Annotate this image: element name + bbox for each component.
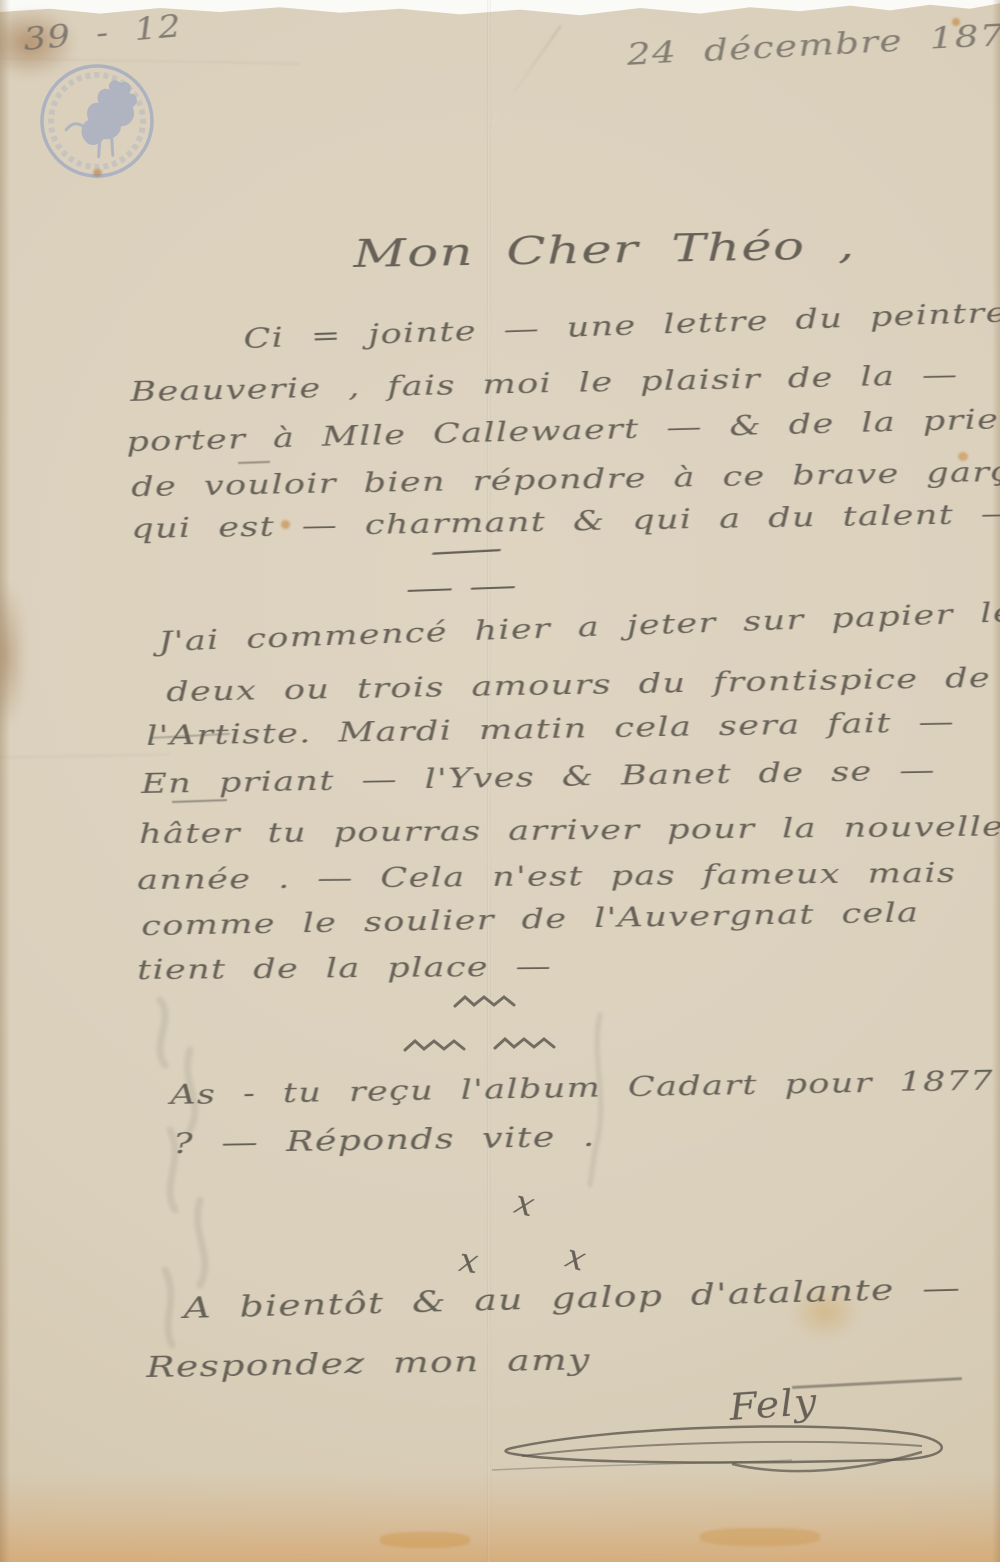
body-line: Ci = jointe — une lettre du peintre bbox=[243, 297, 1000, 355]
cross-mark: x bbox=[510, 1182, 538, 1225]
left-paper-edge bbox=[0, 0, 10, 1562]
body-line: année . — Cela n'est pas fameux mais bbox=[137, 858, 956, 896]
pen-underline bbox=[172, 799, 227, 803]
body-line: En priant — l'Yves & Banet de se — bbox=[141, 755, 936, 800]
squiggle-separator bbox=[492, 1034, 562, 1054]
signature-flourish bbox=[492, 1408, 970, 1496]
body-line: comme le soulier de l'Auvergnat cela bbox=[141, 897, 920, 942]
squiggle-separator bbox=[402, 1036, 472, 1056]
body-line: J'ai commencé hier a jeter sur papier le… bbox=[158, 596, 1000, 658]
cross-mark: x bbox=[456, 1240, 481, 1282]
body-line: ? — Réponds vite . bbox=[173, 1120, 596, 1160]
pen-stroke bbox=[792, 1377, 962, 1389]
letter-date: 24 décembre 1876 bbox=[626, 17, 1000, 73]
body-line: deux ou trois amours du frontispice de — bbox=[166, 662, 1000, 708]
divider-double-dash: — — bbox=[405, 568, 517, 607]
closing-line: Respondez mon amy bbox=[146, 1342, 591, 1384]
fold-crease bbox=[0, 754, 170, 759]
body-line: hâter tu pourras arriver pour la nouvell… bbox=[139, 811, 1000, 850]
body-line: porter à Mlle Callewaert — & de la prier bbox=[126, 404, 1000, 458]
body-line: l'Artiste. Mardi matin cela sera fait — bbox=[146, 707, 955, 752]
squiggle-separator bbox=[452, 992, 522, 1012]
body-line: Beauverie , fais moi le plaisir de la — bbox=[130, 360, 959, 408]
rooster-icon bbox=[57, 76, 148, 165]
foxing-spot bbox=[380, 1532, 470, 1548]
letter-page: 39 - 12 24 décembre 1876 Mon Cher Théo ,… bbox=[0, 0, 1000, 1562]
body-line: tient de la place — bbox=[137, 951, 552, 986]
pen-underline bbox=[238, 461, 270, 464]
foxing-spot bbox=[700, 1528, 820, 1546]
divider-dash: — bbox=[428, 528, 505, 572]
fold-crease bbox=[491, 25, 561, 124]
right-paper-edge bbox=[992, 0, 1000, 1562]
body-line: qui est — charmant & qui a du talent — bbox=[131, 499, 1000, 545]
cross-mark: x bbox=[561, 1236, 590, 1280]
salutation: Mon Cher Théo , bbox=[353, 223, 856, 276]
